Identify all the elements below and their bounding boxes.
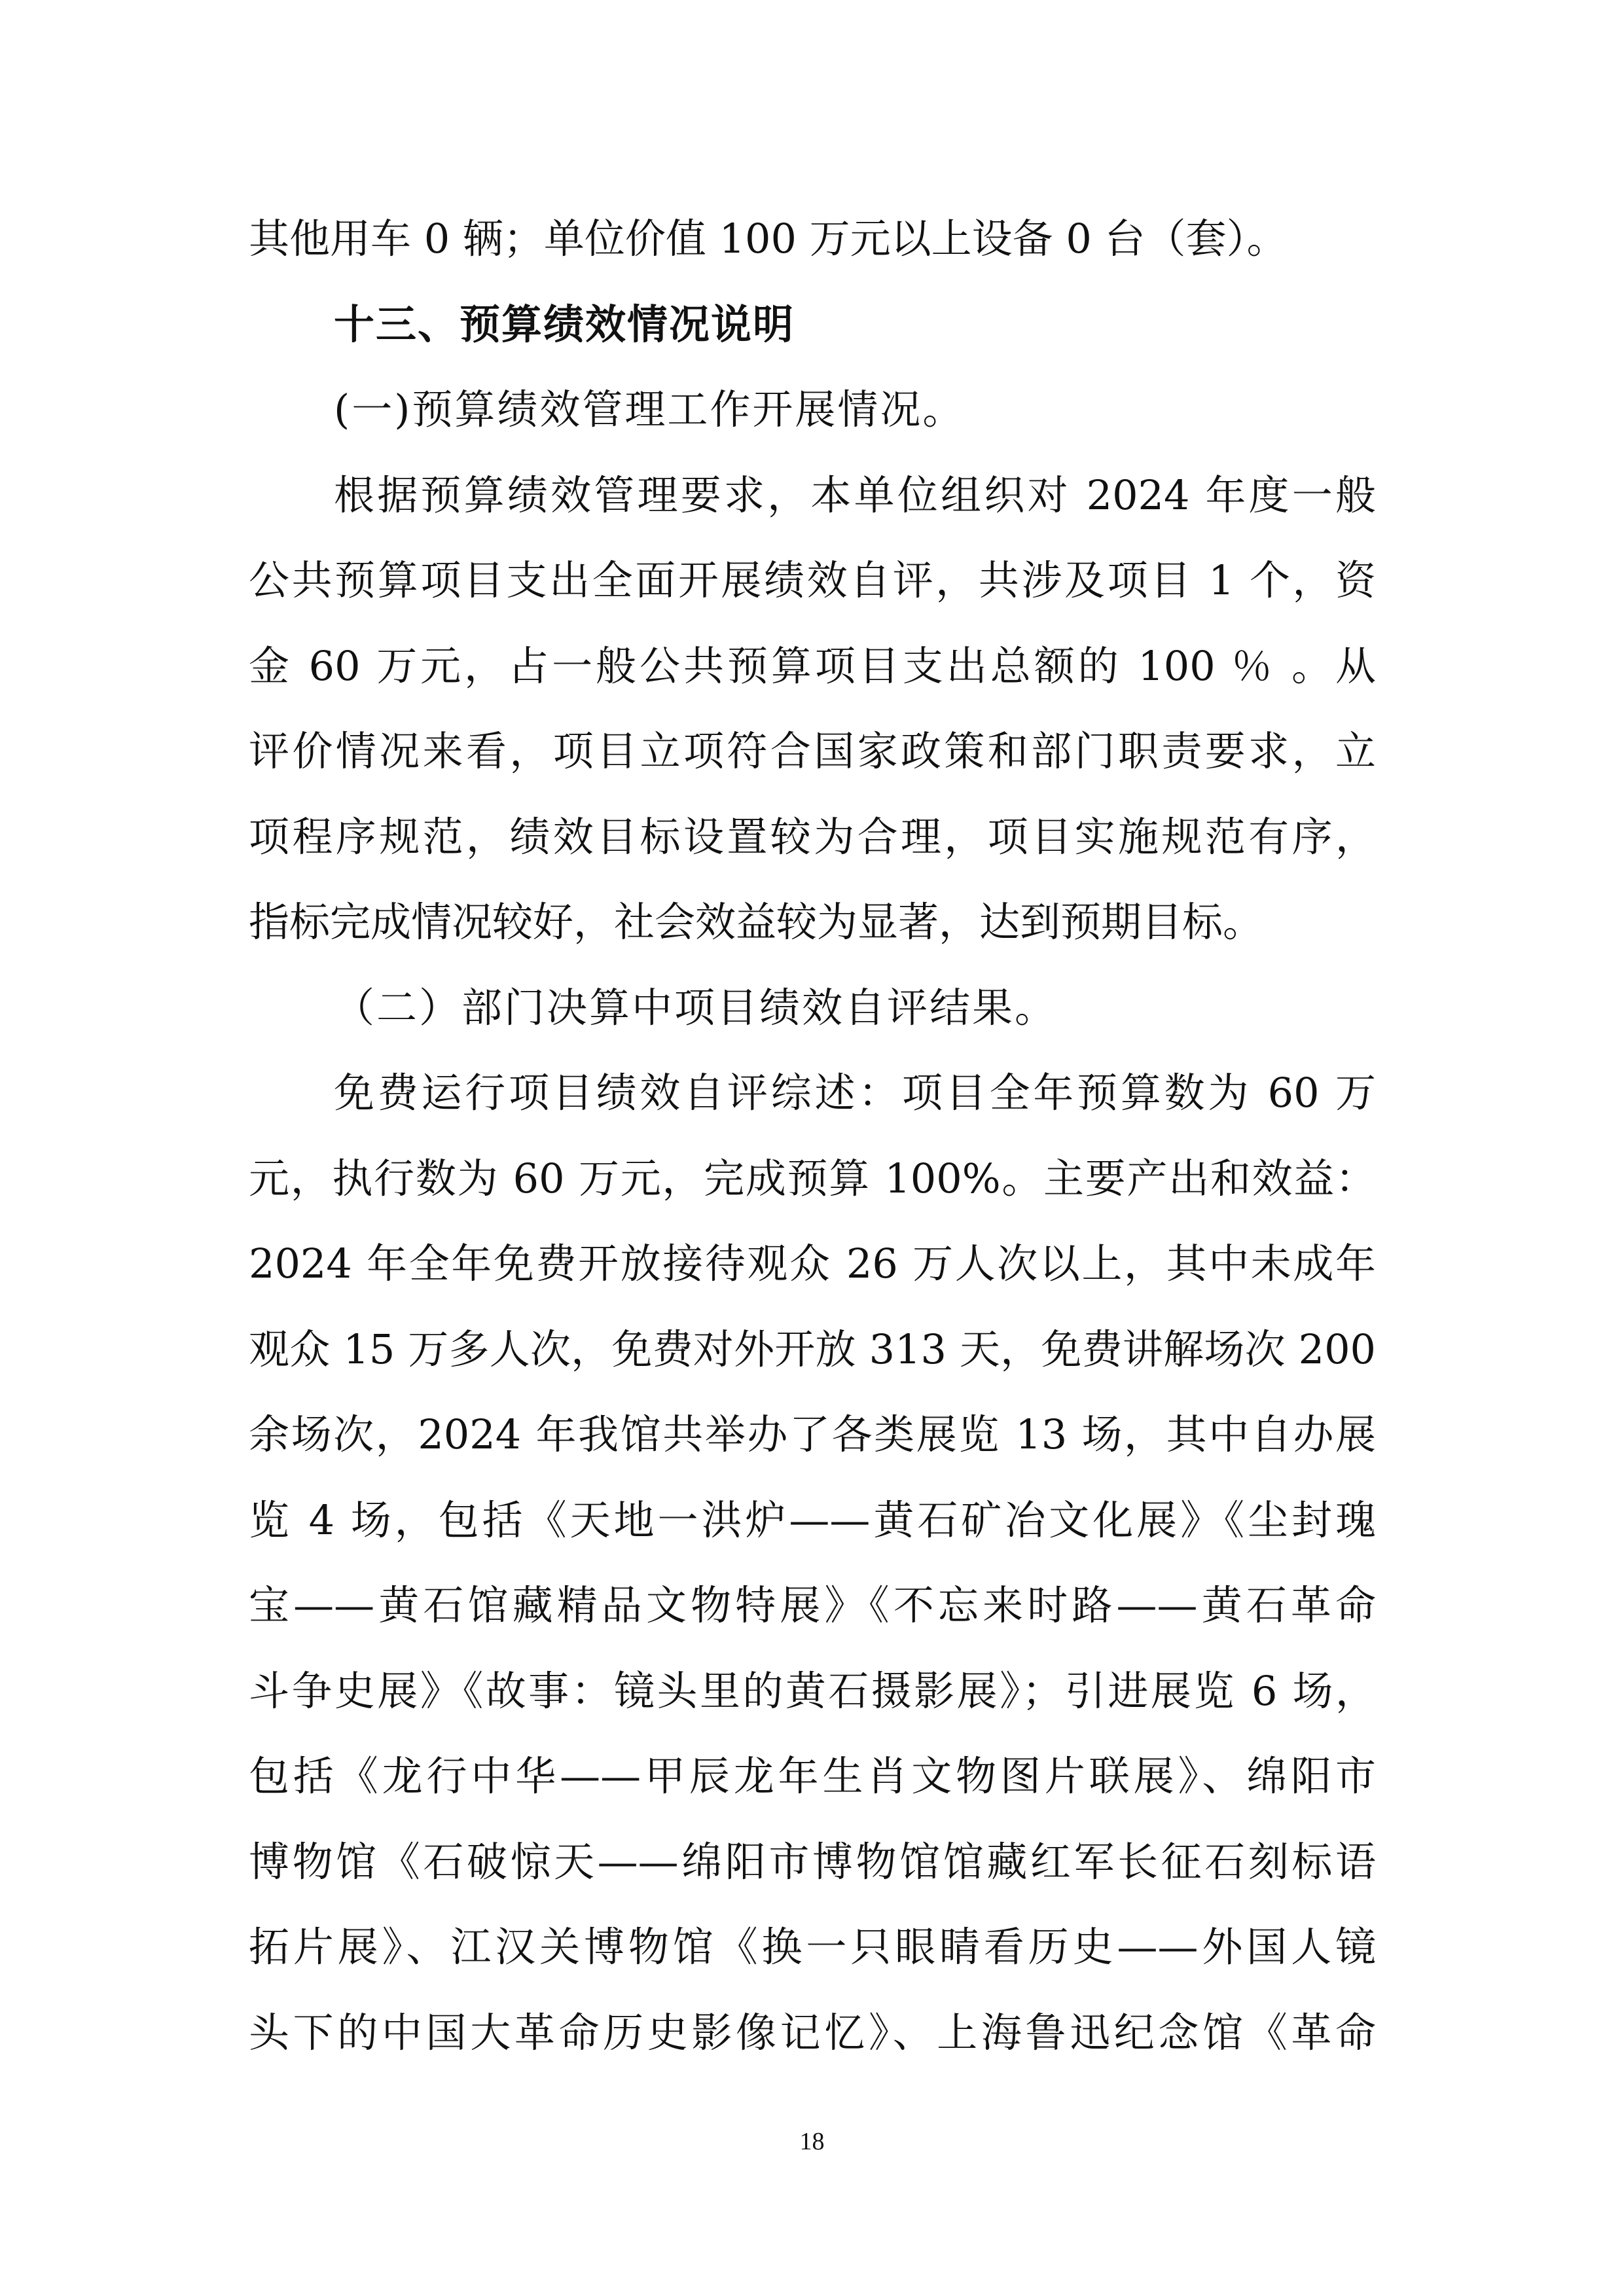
paragraph-line: 斗争史展》《故事：镜头里的黄石摄影展》；引进展览 6 场， [249,1663,1376,1749]
subsection-heading: （二）部门决算中项目绩效自评结果。 [249,980,1376,1066]
paragraph-line: 元，执行数为 60 万元，完成预算 100%。主要产出和效益： [249,1151,1376,1236]
paragraph-line: 宝——黄石馆藏精品文物特展》《不忘来时路——黄石革命 [249,1577,1376,1663]
paragraph-line: 指标完成情况较好，社会效益较为显著，达到预期目标。 [249,894,1376,980]
paragraph-line: 公共预算项目支出全面开展绩效自评，共涉及项目 1 个，资 [249,552,1376,638]
paragraph-line: 项程序规范，绩效目标设置较为合理，项目实施规范有序， [249,809,1376,895]
paragraph-line: 包括《龙行中华——甲辰龙年生肖文物图片联展》、绵阳市 [249,1748,1376,1834]
paragraph-line: 2024 年全年免费开放接待观众 26 万人次以上，其中未成年 [249,1236,1376,1321]
page-number: 18 [0,2127,1624,2156]
paragraph-line: 博物馆《石破惊天——绵阳市博物馆馆藏红军长征石刻标语 [249,1834,1376,1920]
paragraph-line: 览 4 场，包括《天地一洪炉——黄石矿冶文化展》《尘封瑰 [249,1492,1376,1578]
paragraph-line: 头下的中国大革命历史影像记忆》、上海鲁迅纪念馆《革命 [249,2005,1376,2090]
paragraph-line: 评价情况来看，项目立项符合国家政策和部门职责要求，立 [249,723,1376,809]
subsection-heading: (一)预算绩效管理工作开展情况。 [249,382,1376,467]
paragraph-line: 余场次，2024 年我馆共举办了各类展览 13 场，其中自办展 [249,1407,1376,1492]
document-page: 其他用车 0 辆；单位价值 100 万元以上设备 0 台（套）。 十三、预算绩效… [249,211,1376,2090]
paragraph-line: 根据预算绩效管理要求，本单位组织对 2024 年度一般 [249,467,1376,553]
paragraph-line: 金 60 万元，占一般公共预算项目支出总额的 100 ％ 。从 [249,638,1376,724]
paragraph-line: 免费运行项目绩效自评综述：项目全年预算数为 60 万 [249,1065,1376,1151]
section-heading: 十三、预算绩效情况说明 [249,296,1376,382]
paragraph-line: 其他用车 0 辆；单位价值 100 万元以上设备 0 台（套）。 [249,211,1376,296]
paragraph-line: 拓片展》、江汉关博物馆《换一只眼睛看历史——外国人镜 [249,1919,1376,2005]
paragraph-line: 观众 15 万多人次，免费对外开放 313 天，免费讲解场次 200 [249,1321,1376,1407]
